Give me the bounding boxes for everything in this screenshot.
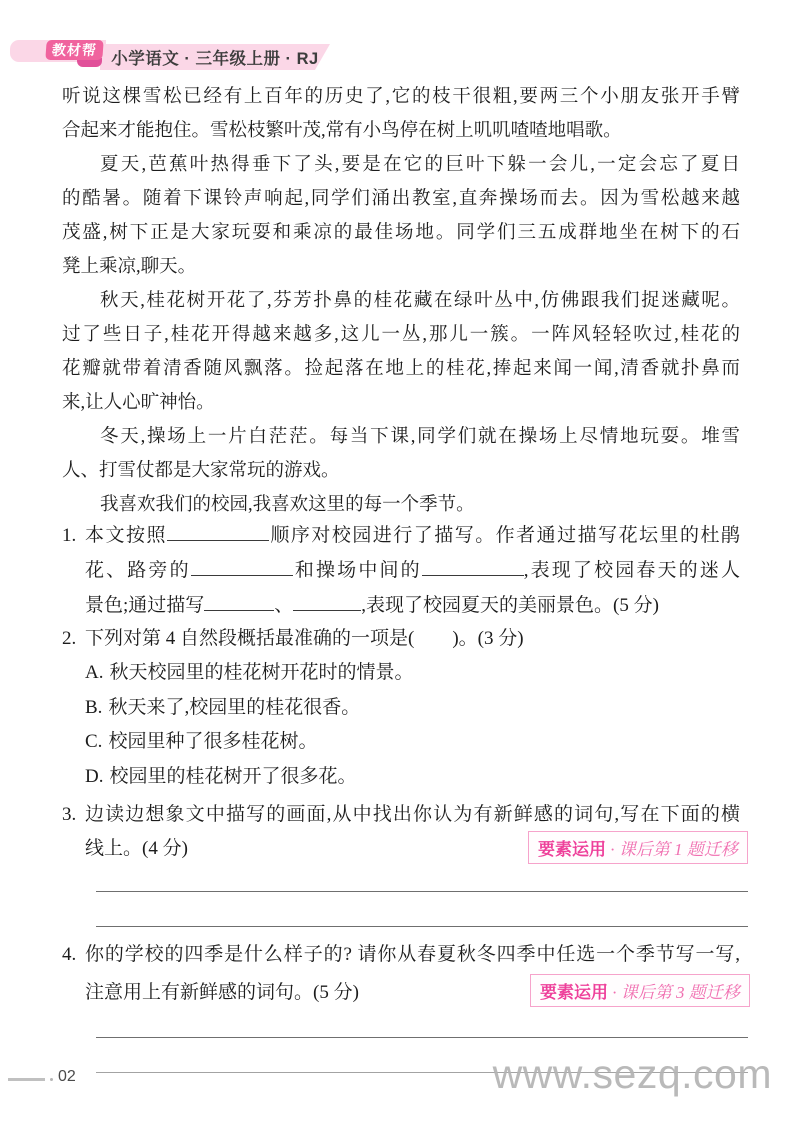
answer-blank[interactable] bbox=[204, 594, 274, 611]
question-1-line: 本文按照顺序对校园进行了描写。作者通过描写花坛里的杜鹃 bbox=[85, 518, 740, 553]
question-1-line: 花、路旁的和操场中间的,表现了校园春天的迷人 bbox=[85, 553, 740, 588]
option-text: 秋天来了,校园里的桂花很香。 bbox=[108, 697, 360, 718]
passage-line: 冬天,操场上一片白茫茫。每当下课,同学们就在操场上尽情地玩耍。堆雪 bbox=[62, 420, 740, 454]
answer-blank[interactable] bbox=[167, 524, 269, 541]
question-1: 1. 本文按照顺序对校园进行了描写。作者通过描写花坛里的杜鹃花、路旁的和操场中间… bbox=[62, 518, 740, 623]
question-2-option[interactable]: D.校园里的桂花树开了很多花。 bbox=[85, 760, 740, 794]
option-label: B. bbox=[85, 697, 102, 718]
passage-line: 听说这棵雪松已经有上百年的历史了,它的枝干很粗,要两三个小朋友张开手臂 bbox=[62, 80, 740, 114]
passage-line: 我喜欢我们的校园,我喜欢这里的每一个季节。 bbox=[62, 488, 740, 522]
passage-line: 过了些日子,桂花开得越来越多,这儿一丛,那儿一簇。一阵风轻轻吹过,桂花的 bbox=[62, 318, 740, 352]
passage-line: 花瓣就带着清香随风飘落。捡起落在地上的桂花,捧起来闻一闻,清香就扑鼻而 bbox=[62, 352, 740, 386]
text-segment: 景色;通过描写 bbox=[85, 595, 204, 616]
badge-bold-text: 要素运用 bbox=[538, 840, 606, 859]
passage-line: 人、打雪仗都是大家常玩的游戏。 bbox=[62, 454, 740, 488]
question-3-line: 边读边想象文中描写的画面,从中找出你认为有新鲜感的词句,写在下面的横 bbox=[85, 798, 740, 832]
answer-blank[interactable] bbox=[293, 594, 361, 611]
option-text: 校园里种了很多桂花树。 bbox=[108, 731, 317, 752]
answer-line[interactable] bbox=[96, 1037, 748, 1038]
answer-blank[interactable] bbox=[422, 559, 524, 576]
option-text: 秋天校园里的桂花树开花时的情景。 bbox=[109, 662, 413, 683]
question-3-number: 3. bbox=[62, 798, 76, 832]
banner-title: 小学语文 · 三年级上册 · RJ bbox=[111, 45, 318, 69]
passage-line: 夏天,芭蕉叶热得垂下了头,要是在它的巨叶下躲一会儿,一定会忘了夏日 bbox=[62, 148, 740, 182]
text-segment: 、 bbox=[274, 595, 293, 616]
brand-badge: 教材帮 bbox=[45, 40, 103, 60]
text-segment: ,表现了校园夏天的美丽景色。(5 分) bbox=[361, 595, 659, 616]
reading-passage: 听说这棵雪松已经有上百年的历史了,它的枝干很粗,要两三个小朋友张开手臂合起来才能… bbox=[62, 80, 740, 522]
option-label: C. bbox=[85, 731, 102, 752]
footer-dot bbox=[50, 1078, 53, 1081]
brand-badge-label: 教材帮 bbox=[51, 40, 97, 60]
passage-line: 茂盛,树下正是大家玩耍和乘凉的最佳场地。同学们三五成群地坐在树下的石 bbox=[62, 216, 740, 250]
question-2-stem: 下列对第 4 自然段概括最准确的一项是( )。(3 分) bbox=[85, 622, 740, 656]
question-2-option[interactable]: C.校园里种了很多桂花树。 bbox=[85, 725, 740, 759]
text-segment: ,表现了校园春天的迷人 bbox=[524, 560, 740, 581]
text-segment: 本文按照 bbox=[85, 525, 167, 546]
question-2-option[interactable]: B.秋天来了,校园里的桂花很香。 bbox=[85, 691, 740, 725]
answer-line[interactable] bbox=[96, 926, 748, 927]
passage-line: 合起来才能抱住。雪松枝繁叶茂,常有小鸟停在树上叽叽喳喳地唱歌。 bbox=[62, 114, 740, 148]
watermark: www.sezq.com bbox=[493, 1051, 772, 1098]
footer-dash bbox=[8, 1078, 45, 1081]
question-2-number: 2. bbox=[62, 622, 76, 656]
passage-line: 的酷暑。随着下课铃声响起,同学们涌出教室,直奔操场而去。因为雪松越来越 bbox=[62, 182, 740, 216]
option-label: D. bbox=[85, 766, 103, 787]
badge-rest-text: · 课后第 1 题迁移 bbox=[606, 840, 738, 859]
question-4-line: 你的学校的四季是什么样子的? 请你从春夏秋冬四季中任选一个季节写一写, bbox=[85, 936, 740, 974]
option-label: A. bbox=[85, 662, 103, 683]
text-segment: 顺序对校园进行了描写。作者通过描写花坛里的杜鹃 bbox=[269, 525, 740, 546]
option-text: 校园里的桂花树开了很多花。 bbox=[109, 766, 356, 787]
badge-rest-text: · 课后第 3 题迁移 bbox=[608, 983, 740, 1002]
answer-blank[interactable] bbox=[191, 559, 293, 576]
passage-line: 来,让人心旷神怡。 bbox=[62, 386, 740, 420]
passage-line: 秋天,桂花树开花了,芬芳扑鼻的桂花藏在绿叶丛中,仿佛跟我们捉迷藏呢。 bbox=[62, 284, 740, 318]
element-usage-badge-q3: 要素运用 · 课后第 1 题迁移 bbox=[528, 831, 748, 864]
question-1-line: 景色;通过描写、,表现了校园夏天的美丽景色。(5 分) bbox=[85, 588, 740, 623]
answer-line[interactable] bbox=[96, 891, 748, 892]
passage-line: 凳上乘凉,聊天。 bbox=[62, 250, 740, 284]
page-number: 02 bbox=[58, 1068, 76, 1086]
header-banner: 小学语文 · 三年级上册 · RJ bbox=[100, 44, 330, 70]
badge-bold-text: 要素运用 bbox=[540, 983, 608, 1002]
element-usage-badge-q4: 要素运用 · 课后第 3 题迁移 bbox=[530, 974, 750, 1007]
question-4-number: 4. bbox=[62, 936, 76, 974]
question-2-option[interactable]: A.秋天校园里的桂花树开花时的情景。 bbox=[85, 656, 740, 690]
question-2: 2. 下列对第 4 自然段概括最准确的一项是( )。(3 分) A.秋天校园里的… bbox=[62, 622, 740, 794]
question-1-number: 1. bbox=[62, 518, 76, 553]
text-segment: 和操场中间的 bbox=[293, 560, 422, 581]
text-segment: 花、路旁的 bbox=[85, 560, 191, 581]
